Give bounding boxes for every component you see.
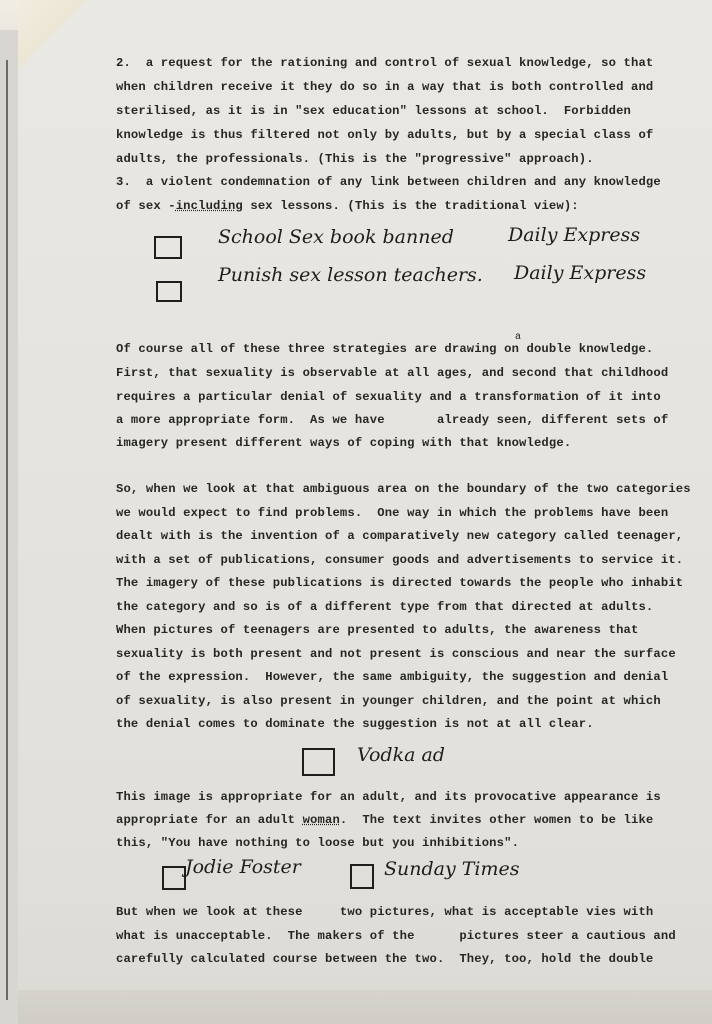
text-line: requires a particular denial of sexualit…	[116, 390, 661, 404]
scan-bottom-edge	[18, 990, 712, 1024]
text-line: imagery present different ways of coping…	[116, 436, 571, 450]
underlined-word: including	[176, 199, 243, 213]
text-line: carefully calculated course between the …	[116, 952, 653, 966]
handwritten-caption: Punish sex lesson teachers.	[218, 264, 483, 286]
text-line: sterilised, as it is in "sex education" …	[116, 104, 631, 118]
text-line: 2. a request for the rationing and contr…	[116, 56, 653, 70]
text-line: appropriate for an adult woman. The text…	[116, 813, 653, 827]
text-line: adults, the professionals. (This is the …	[116, 152, 594, 166]
handwritten-caption: Sunday Times	[384, 858, 520, 880]
text-line: So, when we look at that ambiguous area …	[116, 482, 691, 496]
text-line: of sexuality, is also present in younger…	[116, 694, 661, 708]
text-line: When pictures of teenagers are presented…	[116, 623, 638, 637]
handwritten-source: Daily Express	[508, 224, 640, 246]
handwritten-caption: Jodie Foster	[185, 856, 301, 878]
image-placeholder-box	[162, 866, 186, 890]
text-line: the denial comes to dominate the suggest…	[116, 717, 594, 731]
text-line: dealt with is the invention of a compara…	[116, 529, 683, 543]
text-fragment: appropriate for an adult	[116, 813, 303, 827]
image-placeholder-box	[154, 236, 182, 259]
text-line: 3. a violent condemnation of any link be…	[116, 175, 661, 189]
text-fragment: of sex -	[116, 199, 176, 213]
text-line: But when we look at these two pictures, …	[116, 905, 653, 919]
text-line: we would expect to find problems. One wa…	[116, 506, 668, 520]
text-line: the category and so is of a different ty…	[116, 600, 653, 614]
text-line: knowledge is thus filtered not only by a…	[116, 128, 653, 142]
folded-corner	[18, 0, 88, 70]
text-line: First, that sexuality is observable at a…	[116, 366, 668, 380]
image-placeholder-box	[350, 864, 374, 889]
underlined-word: woman	[303, 813, 340, 827]
handwritten-caption: School Sex book banned	[218, 226, 454, 248]
scan-left-edge-line	[6, 60, 8, 1000]
text-line: sexuality is both present and not presen…	[116, 647, 676, 661]
text-fragment: . The text invites other women to be lik…	[340, 813, 653, 827]
handwritten-caption: Vodka ad	[357, 744, 445, 766]
text-line: This image is appropriate for an adult, …	[116, 790, 661, 804]
image-placeholder-box	[156, 281, 182, 302]
text-line: The imagery of these publications is dir…	[116, 576, 683, 590]
text-line: of sex -including sex lessons. (This is …	[116, 199, 579, 213]
text-fragment: sex lessons. (This is the traditional vi…	[243, 199, 579, 213]
handwritten-source: Daily Express	[514, 262, 646, 284]
text-line: of the expression. However, the same amb…	[116, 670, 668, 684]
handwritten-insertion: a	[515, 332, 521, 343]
text-line: when children receive it they do so in a…	[116, 80, 653, 94]
text-line: Of course all of these three strategies …	[116, 342, 653, 356]
text-line: with a set of publications, consumer goo…	[116, 553, 683, 567]
text-line: this, "You have nothing to loose but you…	[116, 836, 519, 850]
text-line: a more appropriate form. As we have alre…	[116, 413, 668, 427]
text-line: what is unacceptable. The makers of the …	[116, 929, 676, 943]
image-placeholder-box	[302, 748, 335, 776]
